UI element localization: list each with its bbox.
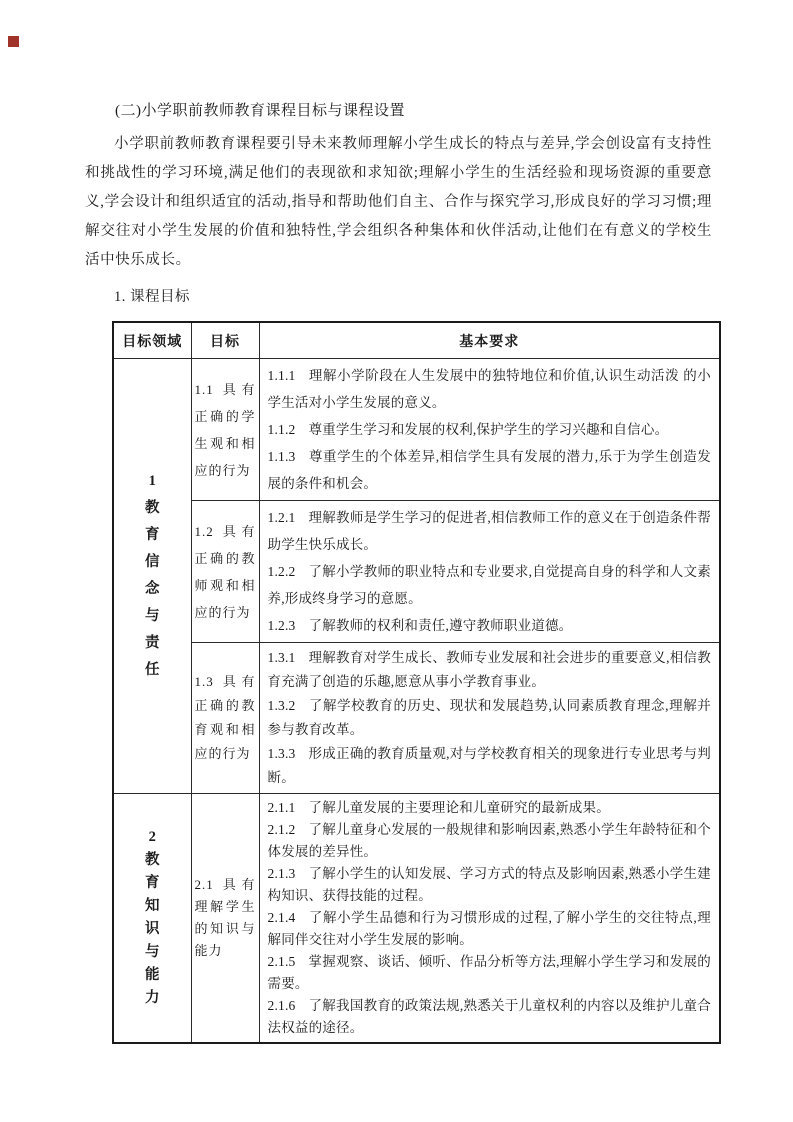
- section-heading: (二)小学职前教师教育课程目标与课程设置: [85, 101, 712, 121]
- requirement-number: 1.1.2: [268, 422, 309, 437]
- requirement-number: 1.1.3: [268, 449, 309, 464]
- requirement-item: 1.2.1理解教师是学生学习的促进者,相信教师工作的意义在于创造条件帮助学生快乐…: [268, 504, 712, 558]
- requirement-number: 1.3.1: [268, 650, 309, 665]
- goal-cell-1-3: 1.3 具有正确的教育观和相应的行为: [191, 643, 259, 794]
- requirement-text: 了解儿童身心发展的一般规律和影响因素,熟悉小学生年龄特征和个体发展的差异性。: [268, 822, 712, 859]
- requirement-number: 1.2.2: [268, 564, 309, 579]
- requirement-item: 1.1.2尊重学生学习和发展的权利,保护学生的学习兴趣和自信心。: [268, 416, 712, 443]
- requirement-item: 1.1.1理解小学阶段在人生发展中的独特地位和价值,认识生动活泼 的小学生活对小…: [268, 362, 712, 416]
- goal-cell-2-1: 2.1 具有理解学生的知识与能力: [191, 794, 259, 1044]
- requirement-number: 1.3.3: [268, 746, 309, 761]
- requirement-text: 了解学校教育的历史、现状和发展趋势,认同素质教育理念,理解并参与教育改革。: [268, 698, 712, 737]
- red-marker-square: [8, 36, 19, 47]
- requirement-item: 2.1.6了解我国教育的政策法规,熟悉关于儿童权利的内容以及维护儿童合法权益的途…: [268, 995, 712, 1039]
- requirement-item: 1.3.2了解学校教育的历史、现状和发展趋势,认同素质教育理念,理解并参与教育改…: [268, 694, 712, 742]
- requirement-number: 2.1.6: [268, 998, 309, 1013]
- intro-paragraph: 小学职前教师教育课程要引导未来教师理解小学生成长的特点与差异,学会创设富有支持性…: [85, 130, 712, 275]
- requirement-number: 1.3.2: [268, 698, 309, 713]
- requirement-text: 尊重学生学习和发展的权利,保护学生的学习兴趣和自信心。: [309, 422, 669, 437]
- requirement-item: 2.1.3了解小学生的认知发展、学习方式的特点及影响因素,熟悉小学生建构知识、获…: [268, 863, 712, 907]
- document-page: (二)小学职前教师教育课程目标与课程设置 小学职前教师教育课程要引导未来教师理解…: [0, 0, 793, 1122]
- requirement-text: 了解小学生品德和行为习惯形成的过程,了解小学生的交往特点,理解同伴交往对小学生发…: [268, 910, 712, 947]
- requirement-item: 1.2.3了解教师的权利和责任,遵守教师职业道德。: [268, 612, 712, 639]
- header-basic-requirements: 基本要求: [259, 322, 720, 359]
- document-content: (二)小学职前教师教育课程目标与课程设置 小学职前教师教育课程要引导未来教师理解…: [0, 0, 793, 1044]
- requirement-text: 了解我国教育的政策法规,熟悉关于儿童权利的内容以及维护儿童合法权益的途径。: [268, 998, 712, 1035]
- requirement-text: 了解小学教师的职业特点和专业要求,自觉提高自身的科学和人文素养,形成终身学习的意…: [268, 564, 712, 606]
- table-row-1-1: 1 教 育 信 念 与 责 任 1.1 具有正确的学生观和相应的行为 1.1.1…: [113, 359, 720, 501]
- requirement-text: 掌握观察、谈话、倾听、作品分析等方法,理解小学生学习和发展的需要。: [268, 954, 712, 991]
- requirements-cell-1-2: 1.2.1理解教师是学生学习的促进者,相信教师工作的意义在于创造条件帮助学生快乐…: [259, 501, 720, 643]
- requirements-cell-1-3: 1.3.1理解教育对学生成长、教师专业发展和社会进步的重要意义,相信教育充满了创…: [259, 643, 720, 794]
- requirement-item: 2.1.4了解小学生品德和行为习惯形成的过程,了解小学生的交往特点,理解同伴交往…: [268, 907, 712, 951]
- table-header-row: 目标领域 目标 基本要求: [113, 322, 720, 359]
- requirement-item: 1.3.1理解教育对学生成长、教师专业发展和社会进步的重要意义,相信教育充满了创…: [268, 646, 712, 694]
- requirement-number: 2.1.4: [268, 910, 309, 925]
- requirement-text: 了解儿童发展的主要理论和儿童研究的最新成果。: [309, 800, 610, 815]
- domain-cell-2: 2 教 育 知 识 与 能 力: [113, 794, 191, 1044]
- table-row-1-2: 1.2 具有正确的教师观和相应的行为 1.2.1理解教师是学生学习的促进者,相信…: [113, 501, 720, 643]
- requirement-text: 理解教师是学生学习的促进者,相信教师工作的意义在于创造条件帮助学生快乐成长。: [268, 510, 712, 552]
- requirements-cell-2-1: 2.1.1了解儿童发展的主要理论和儿童研究的最新成果。 2.1.2了解儿童身心发…: [259, 794, 720, 1044]
- domain-cell-1: 1 教 育 信 念 与 责 任: [113, 359, 191, 794]
- requirement-text: 理解教育对学生成长、教师专业发展和社会进步的重要意义,相信教育充满了创造的乐趣,…: [268, 650, 712, 689]
- requirement-text: 了解教师的权利和责任,遵守教师职业道德。: [309, 618, 573, 633]
- requirement-number: 2.1.5: [268, 954, 309, 969]
- requirement-text: 了解小学生的认知发展、学习方式的特点及影响因素,熟悉小学生建构知识、获得技能的过…: [268, 866, 712, 903]
- goal-cell-1-1: 1.1 具有正确的学生观和相应的行为: [191, 359, 259, 501]
- table-row-1-3: 1.3 具有正确的教育观和相应的行为 1.3.1理解教育对学生成长、教师专业发展…: [113, 643, 720, 794]
- requirement-item: 1.3.3形成正确的教育质量观,对与学校教育相关的现象进行专业思考与判断。: [268, 742, 712, 790]
- requirement-item: 2.1.1了解儿童发展的主要理论和儿童研究的最新成果。: [268, 797, 712, 819]
- requirement-number: 2.1.2: [268, 822, 309, 837]
- requirement-item: 2.1.5掌握观察、谈话、倾听、作品分析等方法,理解小学生学习和发展的需要。: [268, 951, 712, 995]
- table-row-2-1: 2 教 育 知 识 与 能 力 2.1 具有理解学生的知识与能力 2.1.1了解…: [113, 794, 720, 1044]
- requirement-text: 理解小学阶段在人生发展中的独特地位和价值,认识生动活泼 的小学生活对小学生发展的…: [268, 368, 712, 410]
- requirement-number: 2.1.3: [268, 866, 309, 881]
- curriculum-goals-table: 目标领域 目标 基本要求 1 教 育 信 念 与 责 任 1.1 具有正确的学生…: [112, 321, 721, 1044]
- goal-cell-1-2: 1.2 具有正确的教师观和相应的行为: [191, 501, 259, 643]
- header-goal-domain: 目标领域: [113, 322, 191, 359]
- requirements-cell-1-1: 1.1.1理解小学阶段在人生发展中的独特地位和价值,认识生动活泼 的小学生活对小…: [259, 359, 720, 501]
- requirement-number: 1.1.1: [268, 368, 309, 383]
- requirement-text: 尊重学生的个体差异,相信学生具有发展的潜力,乐于为学生创造发展的条件和机会。: [268, 449, 712, 491]
- requirement-item: 2.1.2了解儿童身心发展的一般规律和影响因素,熟悉小学生年龄特征和个体发展的差…: [268, 819, 712, 863]
- requirement-number: 1.2.1: [268, 510, 309, 525]
- requirement-item: 1.1.3尊重学生的个体差异,相信学生具有发展的潜力,乐于为学生创造发展的条件和…: [268, 443, 712, 497]
- requirement-text: 形成正确的教育质量观,对与学校教育相关的现象进行专业思考与判断。: [268, 746, 712, 785]
- requirement-item: 1.2.2了解小学教师的职业特点和专业要求,自觉提高自身的科学和人文素养,形成终…: [268, 558, 712, 612]
- header-goal: 目标: [191, 322, 259, 359]
- requirement-number: 2.1.1: [268, 800, 309, 815]
- requirement-number: 1.2.3: [268, 618, 309, 633]
- subsection-label: 1. 课程目标: [85, 287, 712, 307]
